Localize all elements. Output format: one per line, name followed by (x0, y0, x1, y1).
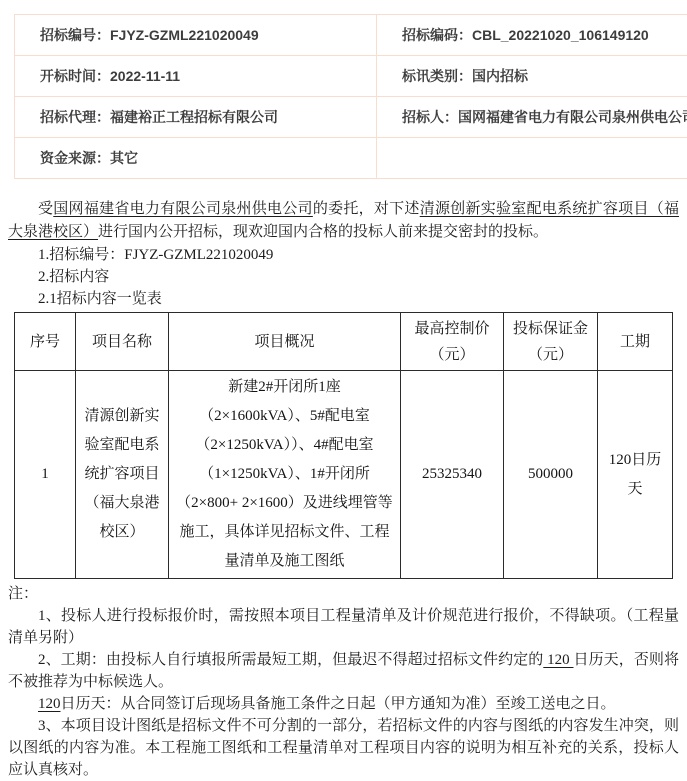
tender-document-page: 招标编号：FJYZ-GZML221020049 招标编码：CBL_2022102… (0, 0, 687, 781)
tender-info-table: 招标编号：FJYZ-GZML221020049 招标编码：CBL_2022102… (14, 14, 687, 179)
fund-source-cell: 资金来源：其它 (15, 138, 377, 179)
col-header-duration: 工期 (598, 313, 673, 371)
notes-section: 注： 1、投标人进行投标报价时，需按照本项目工程量清单及计价规范进行报价，不得缺… (8, 583, 679, 781)
content-table-header-row: 序号 项目名称 项目概况 最高控制价 （元） 投标保证金 （元） 工期 (15, 313, 673, 371)
col-header-max-price-title: 最高控制价 (407, 316, 497, 342)
col-header-bid-bond: 投标保证金 （元） (504, 313, 598, 371)
col-header-bid-bond-title: 投标保证金 (510, 316, 591, 342)
cell-duration: 120日历天 (598, 371, 673, 579)
col-header-max-price: 最高控制价 （元） (401, 313, 504, 371)
note-2-days-underlined: 120 (543, 652, 573, 668)
note-2b-days-underlined: 120 (38, 696, 61, 712)
info-row-2: 开标时间：2022-11-11 标讯类别：国内招标 (15, 56, 687, 97)
note-2: 2、工期：由投标人自行填报所需最短工期，但最迟不得超过招标文件约定的 120 日… (8, 649, 679, 693)
intro-text-pre: 受 (38, 201, 53, 217)
intro-paragraph: 受国网福建省电力有限公司泉州供电公司的委托，对下述清源创新实验室配电系统扩容项目… (8, 198, 679, 244)
tenderer-cell: 招标人：国网福建省电力有限公司泉州供电公司 (377, 97, 687, 138)
section-line-content-table-title: 2.1招标内容一览表 (8, 288, 679, 310)
cell-seq: 1 (15, 371, 76, 579)
intro-text-post: 进行国内公开招标，现欢迎国内合格的投标人前来提交密封的投标。 (98, 224, 548, 240)
cell-bid-bond: 500000 (504, 371, 598, 579)
tender-content-table: 序号 项目名称 项目概况 最高控制价 （元） 投标保证金 （元） 工期 1 清源… (14, 312, 673, 579)
intro-text-mid: 的委托，对下述 (313, 201, 420, 217)
col-header-project-name: 项目名称 (76, 313, 169, 371)
intro-section: 受国网福建省电力有限公司泉州供电公司的委托，对下述清源创新实验室配电系统扩容项目… (8, 198, 679, 310)
section-line-tender-content: 2.招标内容 (8, 266, 679, 288)
cell-max-price: 25325340 (401, 371, 504, 579)
tender-code-cell: 招标编码：CBL_20221020_106149120 (377, 15, 687, 56)
cell-project-name: 清源创新实验室配电系统扩容项目（福大泉港校区） (76, 371, 169, 579)
bid-opening-time-cell: 开标时间：2022-11-11 (15, 56, 377, 97)
col-header-bid-bond-unit: （元） (510, 342, 591, 368)
tender-category-cell: 标讯类别：国内招标 (377, 56, 687, 97)
note-2-text-pre: 2、工期：由投标人自行填报所需最短工期，但最迟不得超过招标文件约定的 (38, 652, 543, 668)
tender-number-cell: 招标编号：FJYZ-GZML221020049 (15, 15, 377, 56)
info-row-3: 招标代理：福建裕正工程招标有限公司 招标人：国网福建省电力有限公司泉州供电公司 (15, 97, 687, 138)
notes-label: 注： (8, 583, 679, 605)
col-header-overview: 项目概况 (169, 313, 401, 371)
cell-project-overview: 新建2#开闭所1座（2×1600kVA）、5#配电室（2×1250kVA））、4… (169, 371, 401, 579)
empty-cell (377, 138, 687, 179)
info-row-1: 招标编号：FJYZ-GZML221020049 招标编码：CBL_2022102… (15, 15, 687, 56)
col-header-max-price-unit: （元） (407, 342, 497, 368)
note-2b-text: 日历天：从合同签订后现场具备施工条件之日起（甲方通知为准）至竣工送电之日。 (61, 696, 616, 712)
note-2-definition: 120日历天：从合同签订后现场具备施工条件之日起（甲方通知为准）至竣工送电之日。 (8, 693, 679, 715)
content-table-data-row: 1 清源创新实验室配电系统扩容项目（福大泉港校区） 新建2#开闭所1座（2×16… (15, 371, 673, 579)
note-3: 3、本项目设计图纸是招标文件不可分割的一部分，若招标文件的内容与图纸的内容发生冲… (8, 715, 679, 781)
tender-agent-cell: 招标代理：福建裕正工程招标有限公司 (15, 97, 377, 138)
info-row-4: 资金来源：其它 (15, 138, 687, 179)
col-header-seq: 序号 (15, 313, 76, 371)
section-line-tender-number: 1.招标编号：FJYZ-GZML221020049 (8, 244, 679, 266)
note-1: 1、投标人进行投标报价时，需按照本项目工程量清单及计价规范进行报价，不得缺项。（… (8, 605, 679, 649)
tenderer-name-underlined: 国网福建省电力有限公司泉州供电公司 (53, 201, 313, 217)
